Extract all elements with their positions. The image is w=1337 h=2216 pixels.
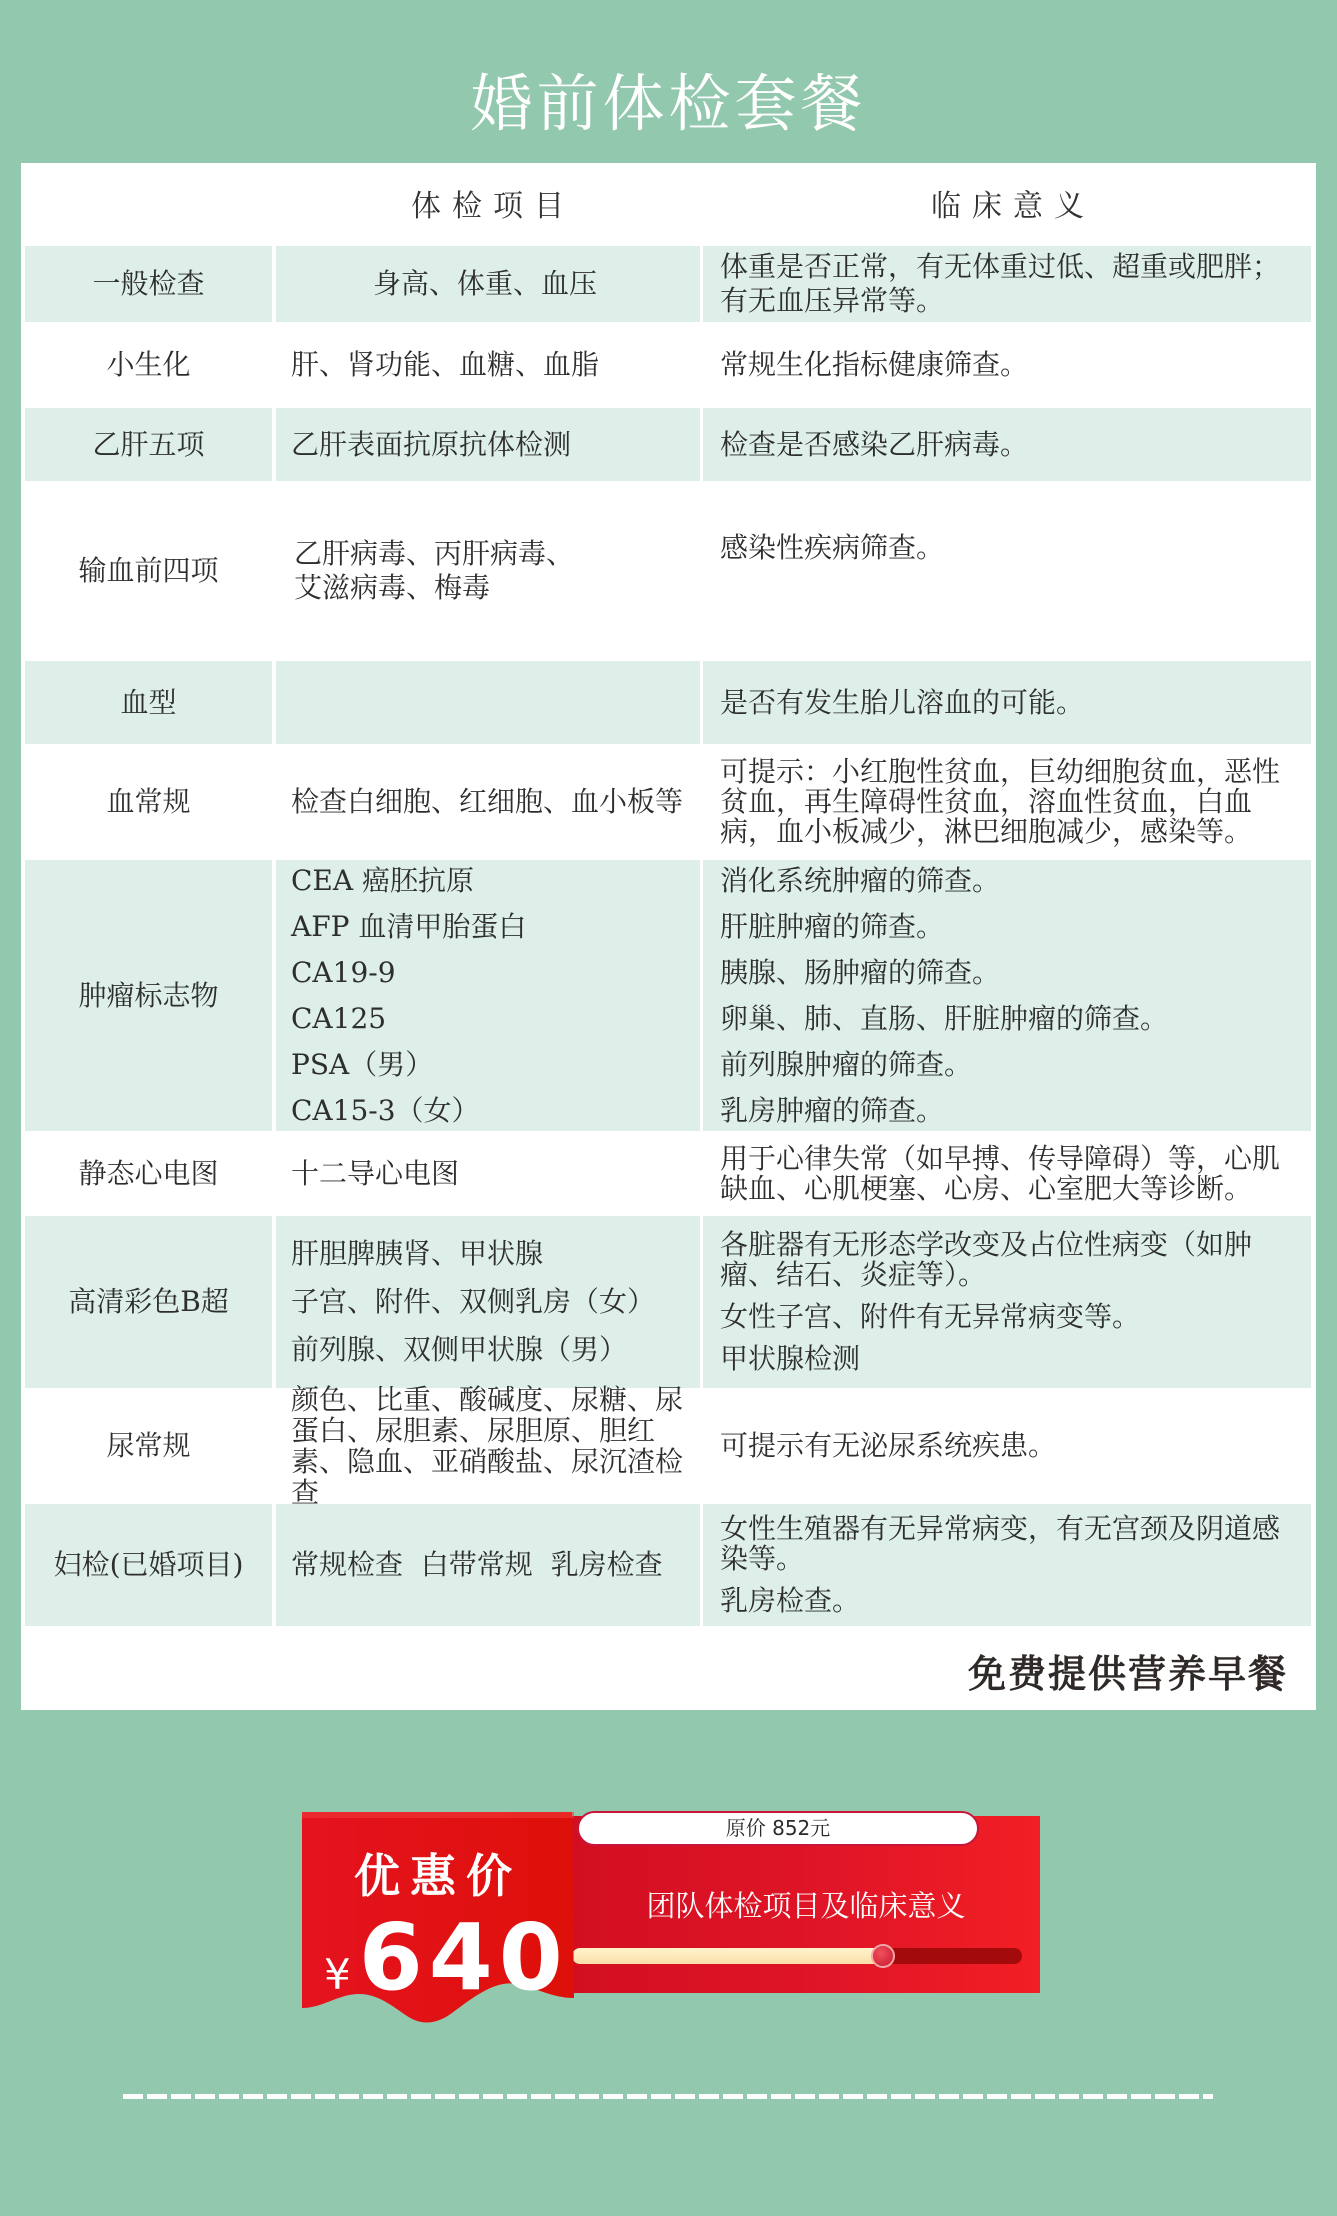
price-description: 团队体检项目及临床意义 (572, 1886, 1040, 1926)
item-line: 检查白细胞、红细胞、血小板等 (291, 785, 694, 819)
row-significance: 可提示：小红胞性贫血，巨幼细胞贫血，恶性贫血，再生障碍性贫血，溶血性贫血，白血病… (703, 744, 1311, 860)
row-items: 颜色、比重、酸碱度、尿糖、尿蛋白、尿胆素、尿胆原、胆红素、隐血、亚硝酸盐、尿沉渣… (276, 1388, 700, 1504)
significance-line: 胰腺、肠肿瘤的筛查。 (720, 956, 1303, 990)
item-line: CA15-3（女） (291, 1094, 694, 1128)
item-line: 肝、肾功能、血糖、血脂 (291, 348, 694, 382)
row-category: 妇检(已婚项目) (25, 1504, 272, 1626)
row-items: 肝胆脾胰肾、甲状腺 子宫、附件、双侧乳房（女） 前列腺、双侧甲状腺（男） (276, 1216, 700, 1388)
item-line: 身高、体重、血压 (373, 267, 597, 301)
significance-line: 感染性疾病筛查。 (720, 531, 1303, 565)
row-items: CEA 癌胚抗原 AFP 血清甲胎蛋白 CA19-9 CA125 PSA（男） … (276, 860, 700, 1131)
row-significance: 感染性疾病筛查。 (703, 481, 1311, 661)
significance-line: 卵巢、肺、直肠、肝脏肿瘤的筛查。 (720, 1002, 1303, 1036)
significance-line: 乳房肿瘤的筛查。 (720, 1094, 1303, 1128)
table-header: 体检项目 临床意义 (21, 163, 1316, 246)
item-line: 常规检查 白带常规 乳房检查 (291, 1548, 694, 1582)
dashed-divider (123, 2094, 1213, 2099)
row-significance: 用于心律失常（如早搏、传导障碍）等，心肌缺血、心肌梗塞、心房、心室肥大等诊断。 (703, 1131, 1311, 1216)
row-significance: 可提示有无泌尿系统疾患。 (703, 1388, 1311, 1504)
original-price: 原价 852元 (577, 1811, 979, 1846)
row-significance: 消化系统肿瘤的筛查。 肝脏肿瘤的筛查。 胰腺、肠肿瘤的筛查。 卵巢、肺、直肠、肝… (703, 860, 1311, 1131)
row-category: 静态心电图 (25, 1131, 272, 1216)
significance-line: 女性子宫、附件有无异常病变等。 (720, 1302, 1303, 1332)
table-row: 输血前四项 乙肝病毒、丙肝病毒、 艾滋病毒、梅毒 感染性疾病筛查。 (21, 481, 1316, 661)
item-line: 前列腺、双侧甲状腺（男） (291, 1333, 694, 1367)
row-items: 十二导心电图 (276, 1131, 700, 1216)
significance-line: 是否有发生胎儿溶血的可能。 (720, 686, 1303, 720)
row-category: 一般检查 (25, 246, 272, 322)
free-breakfast-note: 免费提供营养早餐 (968, 1643, 1288, 1698)
significance-line: 各脏器有无形态学改变及占位性病变（如肿瘤、结石、炎症等）。 (720, 1230, 1303, 1290)
discount-ribbon: 优惠价 ¥ 640 (302, 1808, 574, 2030)
table-row: 妇检(已婚项目) 常规检查 白带常规 乳房检查 女性生殖器有无异常病变，有无宫颈… (21, 1504, 1316, 1626)
table-row: 肿瘤标志物 CEA 癌胚抗原 AFP 血清甲胎蛋白 CA19-9 CA125 P… (21, 860, 1316, 1131)
table-row: 小生化 肝、肾功能、血糖、血脂 常规生化指标健康筛查。 (21, 322, 1316, 408)
significance-line: 常规生化指标健康筛查。 (720, 348, 1303, 382)
row-items: 常规检查 白带常规 乳房检查 (276, 1504, 700, 1626)
item-line: 子宫、附件、双侧乳房（女） (291, 1285, 694, 1319)
currency-symbol: ¥ (324, 1950, 351, 1999)
row-significance: 检查是否感染乙肝病毒。 (703, 408, 1311, 481)
exam-table: 体检项目 临床意义 一般检查 身高、体重、血压 体重是否正常，有无体重过低、超重… (21, 163, 1316, 1710)
table-row: 一般检查 身高、体重、血压 体重是否正常，有无体重过低、超重或肥胖；有无血压异常… (21, 246, 1316, 322)
page-title: 婚前体检套餐 (0, 68, 1337, 140)
header-significance: 临床意义 (931, 187, 1095, 227)
significance-line: 乳房检查。 (720, 1586, 1303, 1616)
row-items: 身高、体重、血压 (276, 246, 700, 322)
row-items: 检查白细胞、红细胞、血小板等 (276, 744, 700, 860)
row-significance: 女性生殖器有无异常病变，有无宫颈及阴道感染等。 乳房检查。 (703, 1504, 1311, 1626)
row-significance: 是否有发生胎儿溶血的可能。 (703, 661, 1311, 744)
item-line: CEA 癌胚抗原 (291, 864, 694, 898)
item-line: PSA（男） (291, 1048, 694, 1082)
table-row: 静态心电图 十二导心电图 用于心律失常（如早搏、传导障碍）等，心肌缺血、心肌梗塞… (21, 1131, 1316, 1216)
item-line: 乙肝病毒、丙肝病毒、 (294, 537, 694, 571)
row-category: 小生化 (25, 322, 272, 408)
progress-bar (572, 1948, 1022, 1964)
significance-line: 甲状腺检测 (720, 1344, 1303, 1374)
discount-price: ¥ 640 (324, 1908, 569, 2008)
table-row: 乙肝五项 乙肝表面抗原抗体检测 检查是否感染乙肝病毒。 (21, 408, 1316, 481)
row-category: 尿常规 (25, 1388, 272, 1504)
row-category: 乙肝五项 (25, 408, 272, 481)
row-items: 乙肝病毒、丙肝病毒、 艾滋病毒、梅毒 (276, 481, 700, 661)
progress-knob (871, 1944, 895, 1968)
discount-label: 优惠价 (302, 1848, 574, 1904)
table-row: 高清彩色B超 肝胆脾胰肾、甲状腺 子宫、附件、双侧乳房（女） 前列腺、双侧甲状腺… (21, 1216, 1316, 1388)
significance-line: 消化系统肿瘤的筛查。 (720, 864, 1303, 898)
price-badge[interactable]: 原价 852元 团队体检项目及临床意义 优惠价 ¥ 640 (302, 1808, 1042, 2028)
header-items: 体检项目 (411, 187, 575, 227)
row-items: 乙肝表面抗原抗体检测 (276, 408, 700, 481)
row-category: 输血前四项 (25, 481, 272, 661)
table-row: 尿常规 颜色、比重、酸碱度、尿糖、尿蛋白、尿胆素、尿胆原、胆红素、隐血、亚硝酸盐… (21, 1388, 1316, 1504)
table-row: 血型 是否有发生胎儿溶血的可能。 (21, 661, 1316, 744)
row-category: 血常规 (25, 744, 272, 860)
significance-line: 前列腺肿瘤的筛查。 (720, 1048, 1303, 1082)
significance-line: 可提示：小红胞性贫血，巨幼细胞贫血，恶性贫血，再生障碍性贫血，溶血性贫血，白血病… (720, 757, 1303, 847)
row-significance: 常规生化指标健康筛查。 (703, 322, 1311, 408)
row-significance: 各脏器有无形态学改变及占位性病变（如肿瘤、结石、炎症等）。 女性子宫、附件有无异… (703, 1216, 1311, 1388)
item-line: CA125 (291, 1002, 694, 1036)
row-significance: 体重是否正常，有无体重过低、超重或肥胖；有无血压异常等。 (703, 246, 1311, 322)
significance-line: 可提示有无泌尿系统疾患。 (720, 1429, 1303, 1463)
item-line: 艾滋病毒、梅毒 (294, 571, 694, 605)
price-amount: 640 (359, 1908, 569, 2008)
significance-line: 女性生殖器有无异常病变，有无宫颈及阴道感染等。 (720, 1514, 1303, 1574)
table-row: 血常规 检查白细胞、红细胞、血小板等 可提示：小红胞性贫血，巨幼细胞贫血，恶性贫… (21, 744, 1316, 860)
row-category: 肿瘤标志物 (25, 860, 272, 1131)
progress-fill (572, 1948, 883, 1964)
significance-line: 检查是否感染乙肝病毒。 (720, 428, 1303, 462)
significance-line: 体重是否正常，有无体重过低、超重或肥胖；有无血压异常等。 (720, 250, 1303, 318)
significance-line: 肝脏肿瘤的筛查。 (720, 910, 1303, 944)
row-items: 肝、肾功能、血糖、血脂 (276, 322, 700, 408)
row-items (276, 661, 700, 744)
row-category: 高清彩色B超 (25, 1216, 272, 1388)
item-line: CA19-9 (291, 956, 694, 990)
row-category: 血型 (25, 661, 272, 744)
item-line: AFP 血清甲胎蛋白 (291, 910, 694, 944)
item-line: 乙肝表面抗原抗体检测 (291, 428, 694, 462)
significance-line: 用于心律失常（如早搏、传导障碍）等，心肌缺血、心肌梗塞、心房、心室肥大等诊断。 (720, 1144, 1303, 1204)
item-line: 十二导心电图 (291, 1157, 694, 1191)
item-line: 肝胆脾胰肾、甲状腺 (291, 1237, 694, 1271)
item-line: 颜色、比重、酸碱度、尿糖、尿蛋白、尿胆素、尿胆原、胆红素、隐血、亚硝酸盐、尿沉渣… (291, 1384, 694, 1508)
